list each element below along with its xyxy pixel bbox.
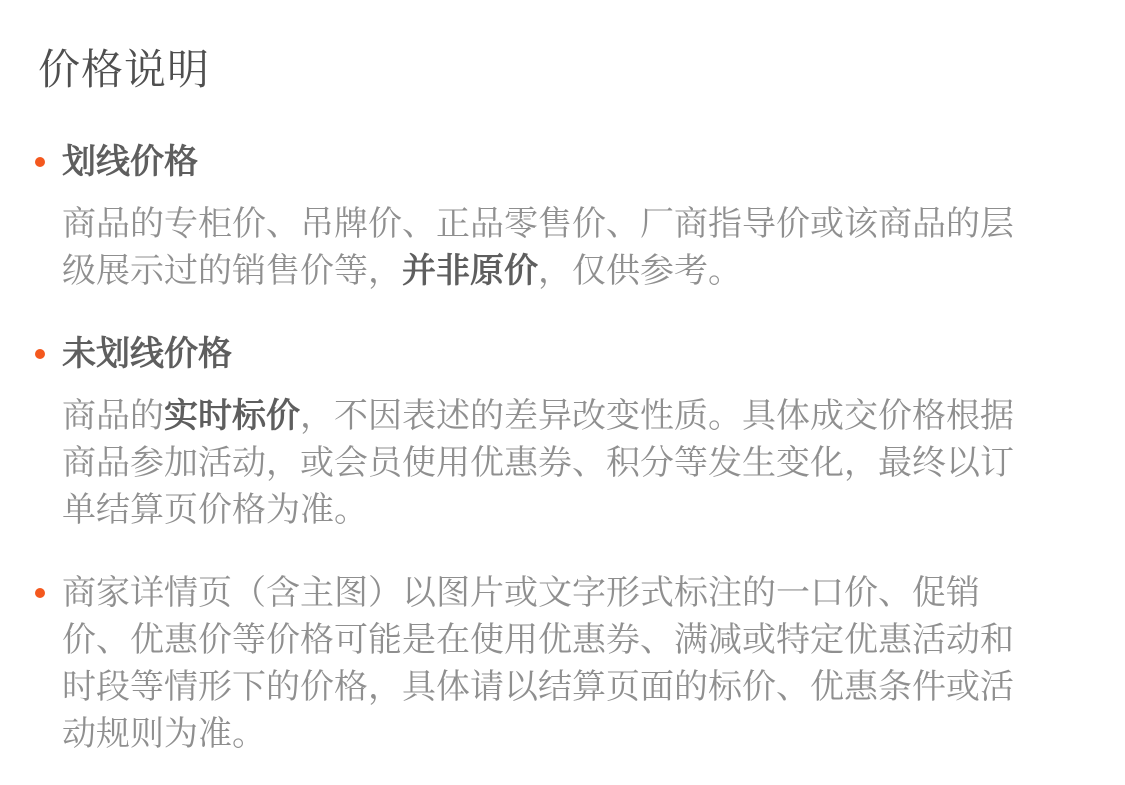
- text-line: 商品的实时标价，不因表述的差异改变性质。具体成交价格根据: [62, 393, 1090, 440]
- text-line: 单结算页价格为准。: [62, 487, 1090, 534]
- text-line: 时段等情形下的价格，具体请以结算页面的标价、优惠条件或活: [62, 664, 1090, 711]
- section-unstruck-price: 未划线价格 商品的实时标价，不因表述的差异改变性质。具体成交价格根据 商品参加活…: [35, 331, 1090, 534]
- text-line: 商家详情页（含主图）以图片或文字形式标注的一口价、促销: [62, 570, 1090, 617]
- section-paragraph: 商品的专柜价、吊牌价、正品零售价、厂商指导价或该商品的层 级展示过的销售价等，并…: [62, 201, 1090, 295]
- text-segment: ，不因表述的差异改变性质。具体成交价格根据: [300, 397, 1014, 435]
- section-merchant-detail-price: 商家详情页（含主图）以图片或文字形式标注的一口价、促销 价、优惠价等价格可能是在…: [35, 570, 1090, 758]
- text-line: 商品的专柜价、吊牌价、正品零售价、厂商指导价或该商品的层: [62, 201, 1090, 248]
- text-segment: 商品的专柜价、吊牌价、正品零售价、厂商指导价或该商品的层: [62, 205, 1014, 243]
- text-segment: ，仅供参考。: [538, 252, 742, 290]
- page-title: 价格说明: [38, 47, 1090, 93]
- section-paragraph: 商家详情页（含主图）以图片或文字形式标注的一口价、促销 价、优惠价等价格可能是在…: [62, 570, 1090, 758]
- text-segment: 动规则为准。: [62, 715, 266, 753]
- text-line: 级展示过的销售价等，并非原价，仅供参考。: [62, 248, 1090, 295]
- emphasis-text: 并非原价: [402, 252, 538, 290]
- text-segment: 级展示过的销售价等，: [62, 252, 402, 290]
- text-line: 商品参加活动，或会员使用优惠券、积分等发生变化，最终以订: [62, 440, 1090, 487]
- section-heading: 未划线价格: [62, 331, 1090, 378]
- bullet-icon: [35, 349, 45, 359]
- text-segment: 单结算页价格为准。: [62, 491, 368, 529]
- bullet-icon: [35, 157, 45, 167]
- section-paragraph: 商品的实时标价，不因表述的差异改变性质。具体成交价格根据 商品参加活动，或会员使…: [62, 393, 1090, 534]
- emphasis-text: 实时标价: [164, 397, 300, 435]
- text-line: 价、优惠价等价格可能是在使用优惠券、满减或特定优惠活动和: [62, 617, 1090, 664]
- text-segment: 价、优惠价等价格可能是在使用优惠券、满减或特定优惠活动和: [62, 621, 1014, 659]
- text-segment: 商家详情页（含主图）以图片或文字形式标注的一口价、促销: [62, 574, 980, 612]
- section-heading: 划线价格: [62, 139, 1090, 186]
- section-strikethrough-price: 划线价格 商品的专柜价、吊牌价、正品零售价、厂商指导价或该商品的层 级展示过的销…: [35, 139, 1090, 295]
- text-segment: 时段等情形下的价格，具体请以结算页面的标价、优惠条件或活: [62, 668, 1014, 706]
- text-line: 动规则为准。: [62, 711, 1090, 758]
- text-segment: 商品的: [62, 397, 164, 435]
- price-notice-page: 价格说明 划线价格 商品的专柜价、吊牌价、正品零售价、厂商指导价或该商品的层 级…: [0, 0, 1125, 785]
- bullet-icon: [35, 588, 45, 598]
- text-segment: 商品参加活动，或会员使用优惠券、积分等发生变化，最终以订: [62, 444, 1014, 482]
